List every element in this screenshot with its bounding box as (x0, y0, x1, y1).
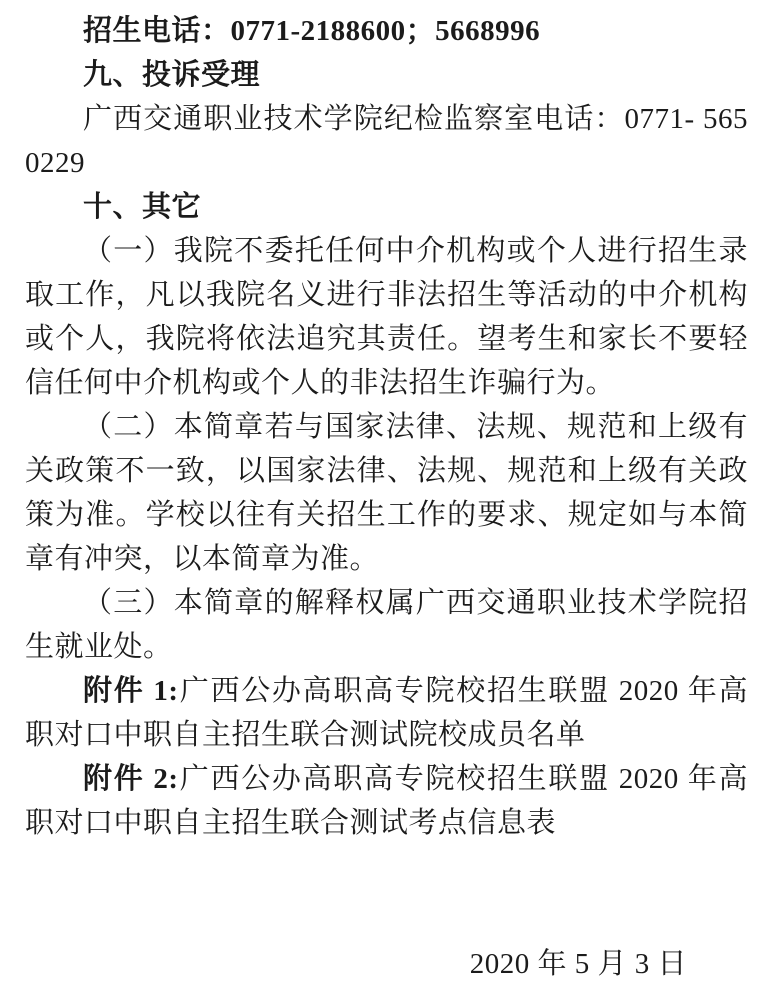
admission-phone-line: 招生电话：0771-2188600；5668996 (25, 9, 748, 53)
paragraph-three-interpretation-right: （三）本简章的解释权属广西交通职业技术学院招生就业处。 (25, 581, 748, 669)
section-heading-ten-other: 十、其它 (25, 185, 748, 229)
attachment-2-label: 附件 2: (83, 763, 179, 795)
paragraph-one-no-agents: （一）我院不委托任何中介机构或个人进行招生录取工作，凡以我院名义进行非法招生等活… (25, 229, 748, 405)
paragraph-two-policy-priority: （二）本简章若与国家法律、法规、规范和上级有关政策不一致，以国家法律、法规、规范… (25, 405, 748, 581)
attachment-2-line: 附件 2:广西公办高职高专院校招生联盟 2020 年高职对口中职自主招生联合测试… (25, 757, 748, 845)
document-date: 2020 年 5 月 3 日 (470, 942, 687, 986)
inspection-office-phone-line: 广西交通职业技术学院纪检监察室电话：0771- 5650229 (25, 97, 748, 185)
document-page: 招生电话：0771-2188600；5668996 九、投诉受理 广西交通职业技… (0, 0, 760, 1002)
attachment-1-label: 附件 1: (83, 675, 179, 707)
attachment-1-line: 附件 1:广西公办高职高专院校招生联盟 2020 年高职对口中职自主招生联合测试… (25, 669, 748, 757)
section-heading-nine-complaints: 九、投诉受理 (25, 53, 748, 97)
